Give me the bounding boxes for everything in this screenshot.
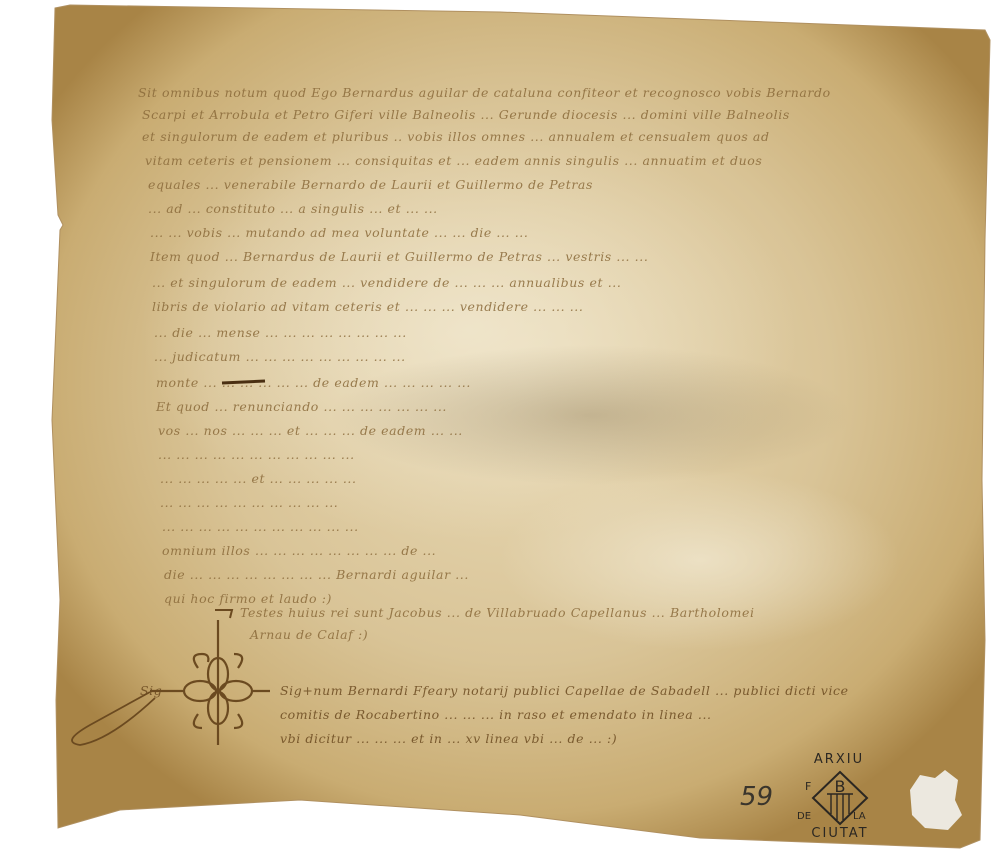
text-line: ... ad ... constituto ... a singulis ...… [148, 201, 438, 216]
text-line: ... ... ... ... ... et ... ... ... ... .… [160, 471, 357, 486]
text-line: ... et singulorum de eadem ... vendidere… [152, 275, 621, 290]
text-line: Scarpi et Arrobula et Petro Giferi ville… [142, 107, 790, 122]
text-line: monte ... ... ... ... ... ... de eadem .… [156, 375, 471, 390]
archive-stamp: B F ARXIU DE LA CIUTAT [795, 750, 885, 860]
text-line: ... ... ... ... ... ... ... ... ... ... … [158, 447, 355, 462]
shelfmark-number: 59 [740, 782, 773, 812]
text-line: qui hoc firmo et laudo :) [164, 591, 332, 606]
stamp-bottom-text: CIUTAT [797, 826, 883, 841]
witness-line: Arnau de Calaf :) [250, 627, 368, 642]
notary-line: Sig+num Bernardi Ffeary notarij publici … [280, 683, 849, 698]
text-line: ... ... vobis ... mutando ad mea volunta… [150, 225, 528, 240]
text-line: vos ... nos ... ... ... et ... ... ... d… [158, 423, 463, 438]
text-line: Item quod ... Bernardus de Laurii et Gui… [150, 249, 648, 264]
svg-text:F: F [805, 780, 811, 793]
text-line: ... ... ... ... ... ... ... ... ... ... … [162, 519, 359, 534]
text-line: equales ... venerabile Bernardo de Lauri… [148, 177, 593, 192]
text-line: ... die ... mense ... ... ... ... ... ..… [154, 325, 407, 340]
text-line: omnium illos ... ... ... ... ... ... ...… [162, 543, 436, 558]
parchment-document: Sit omnibus notum quod Ego Bernardus agu… [0, 0, 1000, 863]
text-line: Et quod ... renunciando ... ... ... ... … [156, 399, 447, 414]
stamp-left-text: DE [797, 811, 811, 822]
text-line: Sit omnibus notum quod Ego Bernardus agu… [138, 85, 831, 100]
text-line: vitam ceteris et pensionem ... consiquit… [145, 153, 762, 168]
text-line: ... ... ... ... ... ... ... ... ... ... [160, 495, 338, 510]
text-line: die ... ... ... ... ... ... ... ... Bern… [164, 567, 469, 582]
stamp-right-text: LA [853, 811, 866, 822]
text-line: libris de violario ad vitam ceteris et .… [152, 299, 583, 314]
notary-line: comitis de Rocabertino ... ... ... in ra… [280, 707, 712, 722]
svg-text:B: B [835, 777, 846, 796]
stamp-top-text: ARXIU [799, 752, 879, 767]
witness-line: Testes huius rei sunt Jacobus ... de Vil… [240, 605, 755, 620]
text-line: et singulorum de eadem et pluribus .. vo… [142, 129, 770, 144]
text-line: ... judicatum ... ... ... ... ... ... ..… [154, 349, 406, 364]
notary-line: vbi dicitur ... ... ... et in ... xv lin… [280, 731, 617, 746]
signum-label: Sig [140, 683, 162, 698]
